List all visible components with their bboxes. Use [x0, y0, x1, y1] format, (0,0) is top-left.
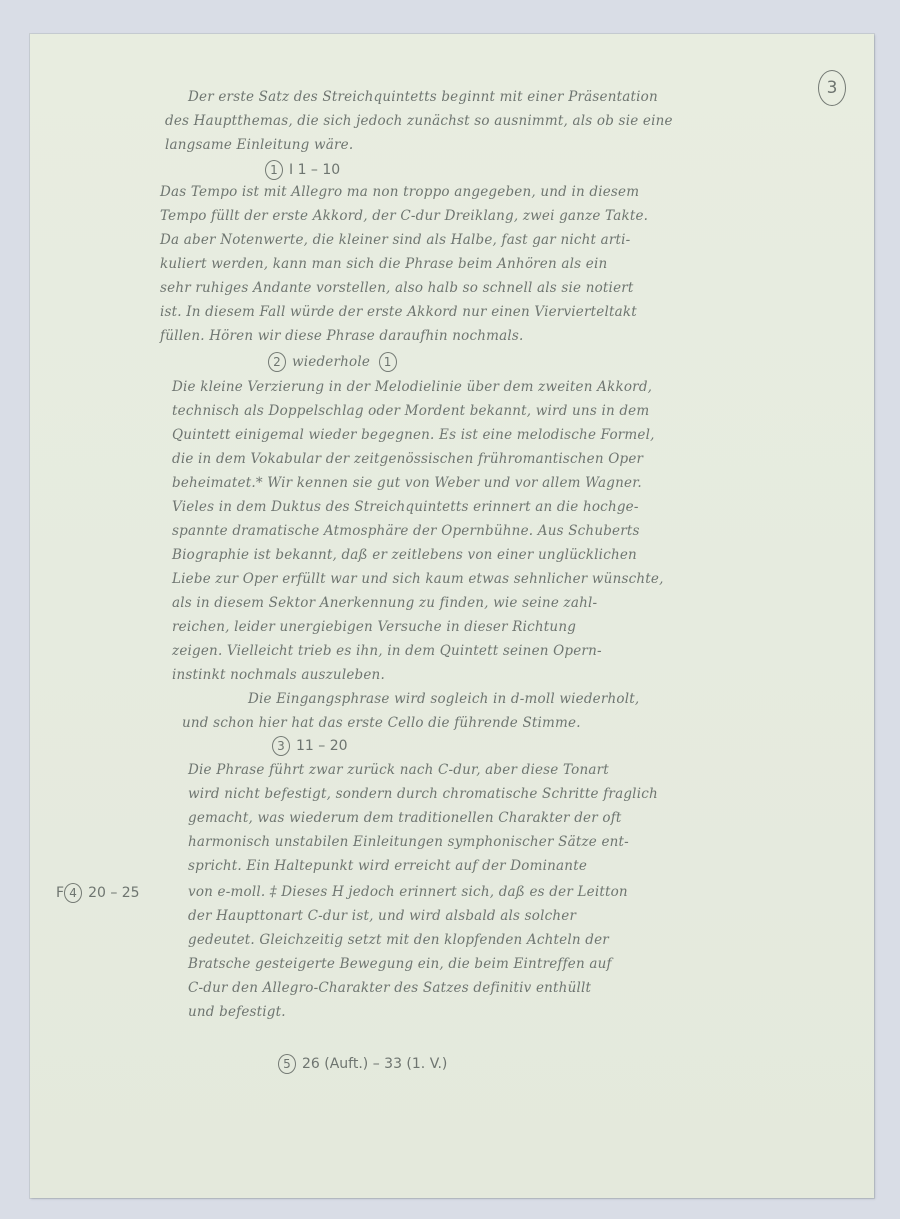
p2-line-7: spannte dramatische Atmosphäre der Opern… [172, 523, 640, 539]
p2-line-11: reichen, leider unergiebigen Versuche in… [172, 619, 576, 635]
p4-line-6: von e-moll. ‡ Dieses H jedoch erinnert s… [188, 884, 628, 900]
intro-line-2: des Hauptthemas, die sich jedoch zunächs… [165, 113, 673, 129]
p2-line-4: die in dem Vokabular der zeitgenössische… [172, 451, 643, 467]
marker-text: wiederhole [292, 354, 370, 370]
p2-line-6: Vieles in dem Duktus des Streichquintett… [172, 499, 639, 515]
p4-line-1: Die Phrase führt zwar zurück nach C-dur,… [188, 762, 609, 778]
intro-line-1: Der erste Satz des Streichquintetts begi… [188, 89, 658, 105]
p1-line-7: füllen. Hören wir diese Phrase daraufhin… [160, 328, 524, 344]
page-number: 3 [818, 70, 846, 106]
p2-line-10: als in diesem Sektor Anerkennung zu find… [172, 595, 597, 611]
p2-line-9: Liebe zur Oper erfüllt war und sich kaum… [172, 571, 664, 587]
p4-line-4: harmonisch unstabilen Einleitungen symph… [188, 834, 629, 850]
p2-line-3: Quintett einigemal wieder begegnen. Es i… [172, 427, 655, 443]
circled-number: 3 [272, 736, 290, 756]
musical-example-marker-2: 2wiederhole 1 [268, 352, 403, 372]
p1-line-2: Tempo füllt der erste Akkord, der C-dur … [160, 208, 648, 224]
circled-number: 2 [268, 352, 286, 372]
marker-text: 20 – 25 [88, 885, 140, 901]
p4-line-8: gedeutet. Gleichzeitig setzt mit den klo… [188, 932, 609, 948]
circled-number: 1 [265, 160, 283, 180]
p3-line-1: Die Eingangsphrase wird sogleich in d-mo… [248, 691, 639, 707]
marker-text: I 1 – 10 [289, 162, 340, 178]
manuscript-page: 3 Der erste Satz des Streichquintetts be… [30, 34, 874, 1198]
p1-line-5: sehr ruhiges Andante vorstellen, also ha… [160, 280, 634, 296]
p4-line-10: C-dur den Allegro-Charakter des Satzes d… [188, 980, 591, 996]
p3-line-2: und schon hier hat das erste Cello die f… [182, 715, 581, 731]
p4-line-2: wird nicht befestigt, sondern durch chro… [188, 786, 658, 802]
p1-line-3: Da aber Notenwerte, die kleiner sind als… [160, 232, 630, 248]
p4-line-3: gemacht, was wiederum dem traditionellen… [188, 810, 622, 826]
p1-line-1: Das Tempo ist mit Allegro ma non troppo … [160, 184, 639, 200]
p4-line-9: Bratsche gesteigerte Bewegung ein, die b… [188, 956, 612, 972]
p4-line-11: und befestigt. [188, 1004, 286, 1020]
p2-line-12: zeigen. Vielleicht trieb es ihn, in dem … [172, 643, 602, 659]
p1-line-4: kuliert werden, kann man sich die Phrase… [160, 256, 607, 272]
p2-line-1: Die kleine Verzierung in der Melodielini… [172, 379, 652, 395]
marker-prefix: F [56, 885, 64, 901]
musical-example-marker-1: 1I 1 – 10 [265, 160, 340, 180]
marker-text: 26 (Auft.) – 33 (1. V.) [302, 1056, 447, 1072]
page-number-text: 3 [827, 78, 838, 98]
p4-line-7: der Haupttonart C-dur ist, und wird alsb… [188, 908, 576, 924]
circled-reference: 1 [379, 352, 397, 372]
circled-number: 4 [64, 883, 82, 903]
p4-line-5: spricht. Ein Haltepunkt wird erreicht au… [188, 858, 587, 874]
p2-line-2: technisch als Doppelschlag oder Mordent … [172, 403, 649, 419]
musical-example-marker-3: 311 – 20 [272, 736, 348, 756]
p2-line-13: instinkt nochmals auszuleben. [172, 667, 385, 683]
p2-line-5: beheimatet.* Wir kennen sie gut von Webe… [172, 475, 642, 491]
intro-line-3: langsame Einleitung wäre. [165, 137, 353, 153]
musical-example-marker-5: 526 (Auft.) – 33 (1. V.) [278, 1054, 447, 1074]
circled-number: 5 [278, 1054, 296, 1074]
marker-text: 11 – 20 [296, 738, 348, 754]
musical-example-marker-4: F420 – 25 [56, 883, 140, 903]
p1-line-6: ist. In diesem Fall würde der erste Akko… [160, 304, 637, 320]
p2-line-8: Biographie ist bekannt, daß er zeitleben… [172, 547, 637, 563]
